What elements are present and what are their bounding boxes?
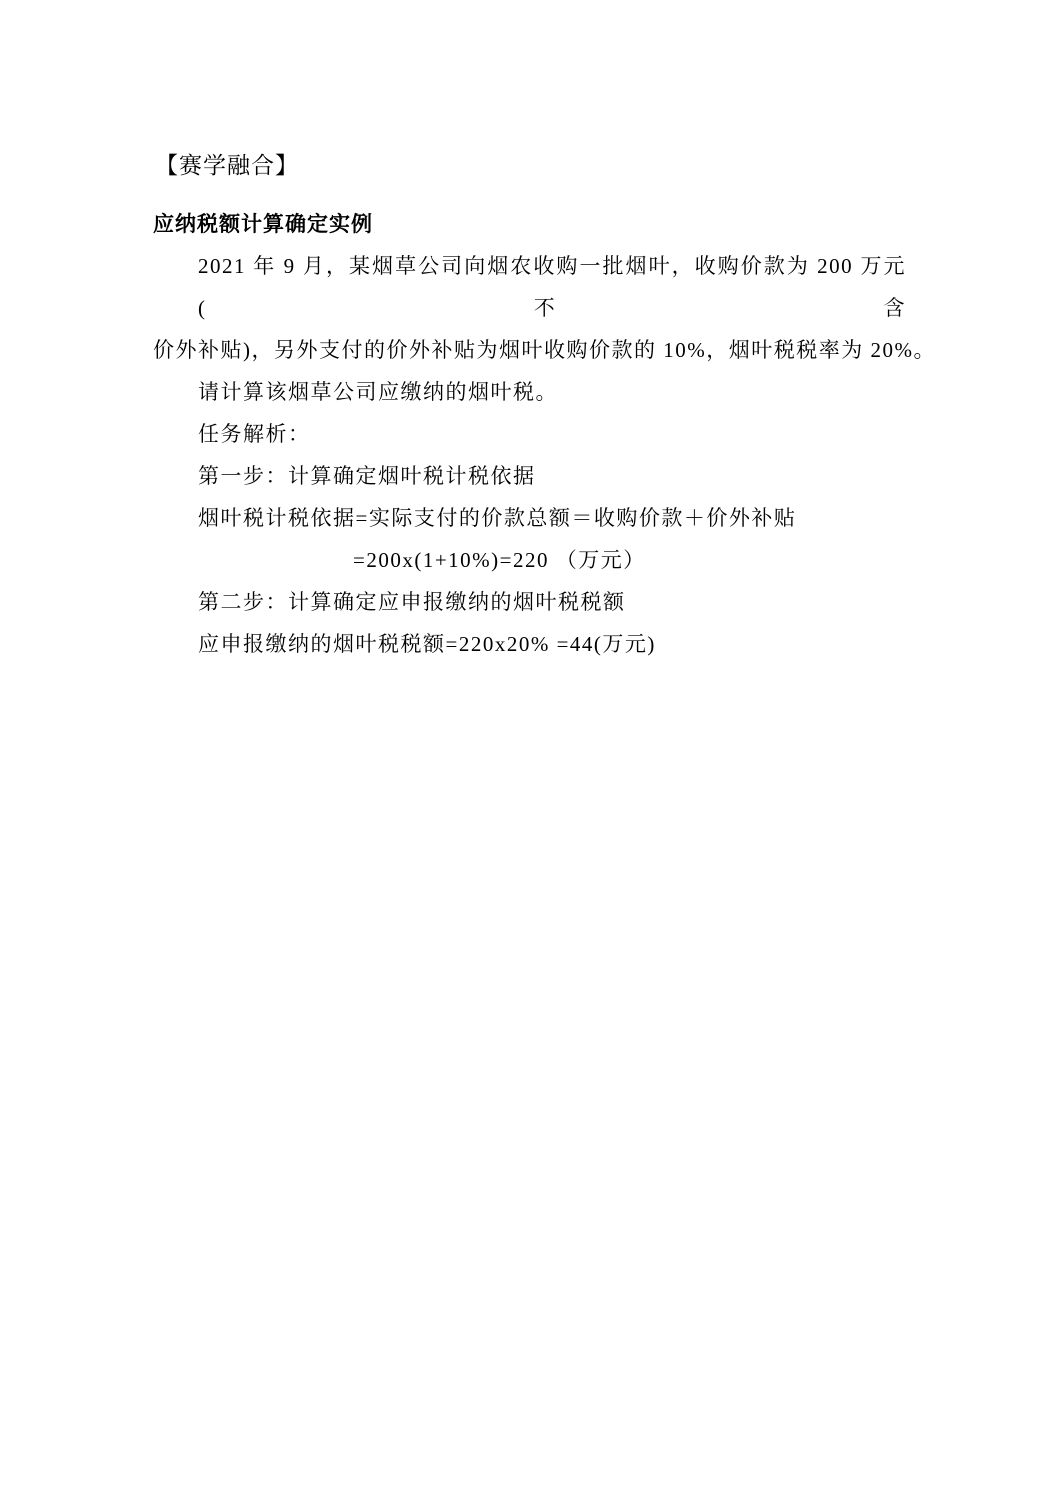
document-page: 【赛学融合】 应纳税额计算确定实例 2021 年 9 月，某烟草公司向烟农收购一…	[0, 0, 1059, 1497]
task-analysis-label: 任务解析：	[153, 413, 906, 455]
doc-title: 应纳税额计算确定实例	[153, 203, 906, 245]
case-description-line-1: 2021 年 9 月，某烟草公司向烟农收购一批烟叶，收购价款为 200 万元(不…	[153, 245, 906, 329]
tax-base-calculation: =200x(1+10%)=220 （万元）	[153, 539, 906, 581]
tax-base-formula: 烟叶税计税依据=实际支付的价款总额＝收购价款＋价外补贴	[153, 497, 906, 539]
document-content: 【赛学融合】 应纳税额计算确定实例 2021 年 9 月，某烟草公司向烟农收购一…	[153, 150, 906, 665]
question-line: 请计算该烟草公司应缴纳的烟叶税。	[153, 371, 906, 413]
section-header: 【赛学融合】	[155, 150, 906, 180]
step2-heading: 第二步：计算确定应申报缴纳的烟叶税税额	[153, 581, 906, 623]
tax-amount-calculation: 应申报缴纳的烟叶税税额=220x20% =44(万元)	[153, 623, 906, 665]
step1-heading: 第一步：计算确定烟叶税计税依据	[153, 455, 906, 497]
case-description-line-2: 价外补贴)，另外支付的价外补贴为烟叶收购价款的 10%，烟叶税税率为 20%。	[153, 329, 906, 371]
